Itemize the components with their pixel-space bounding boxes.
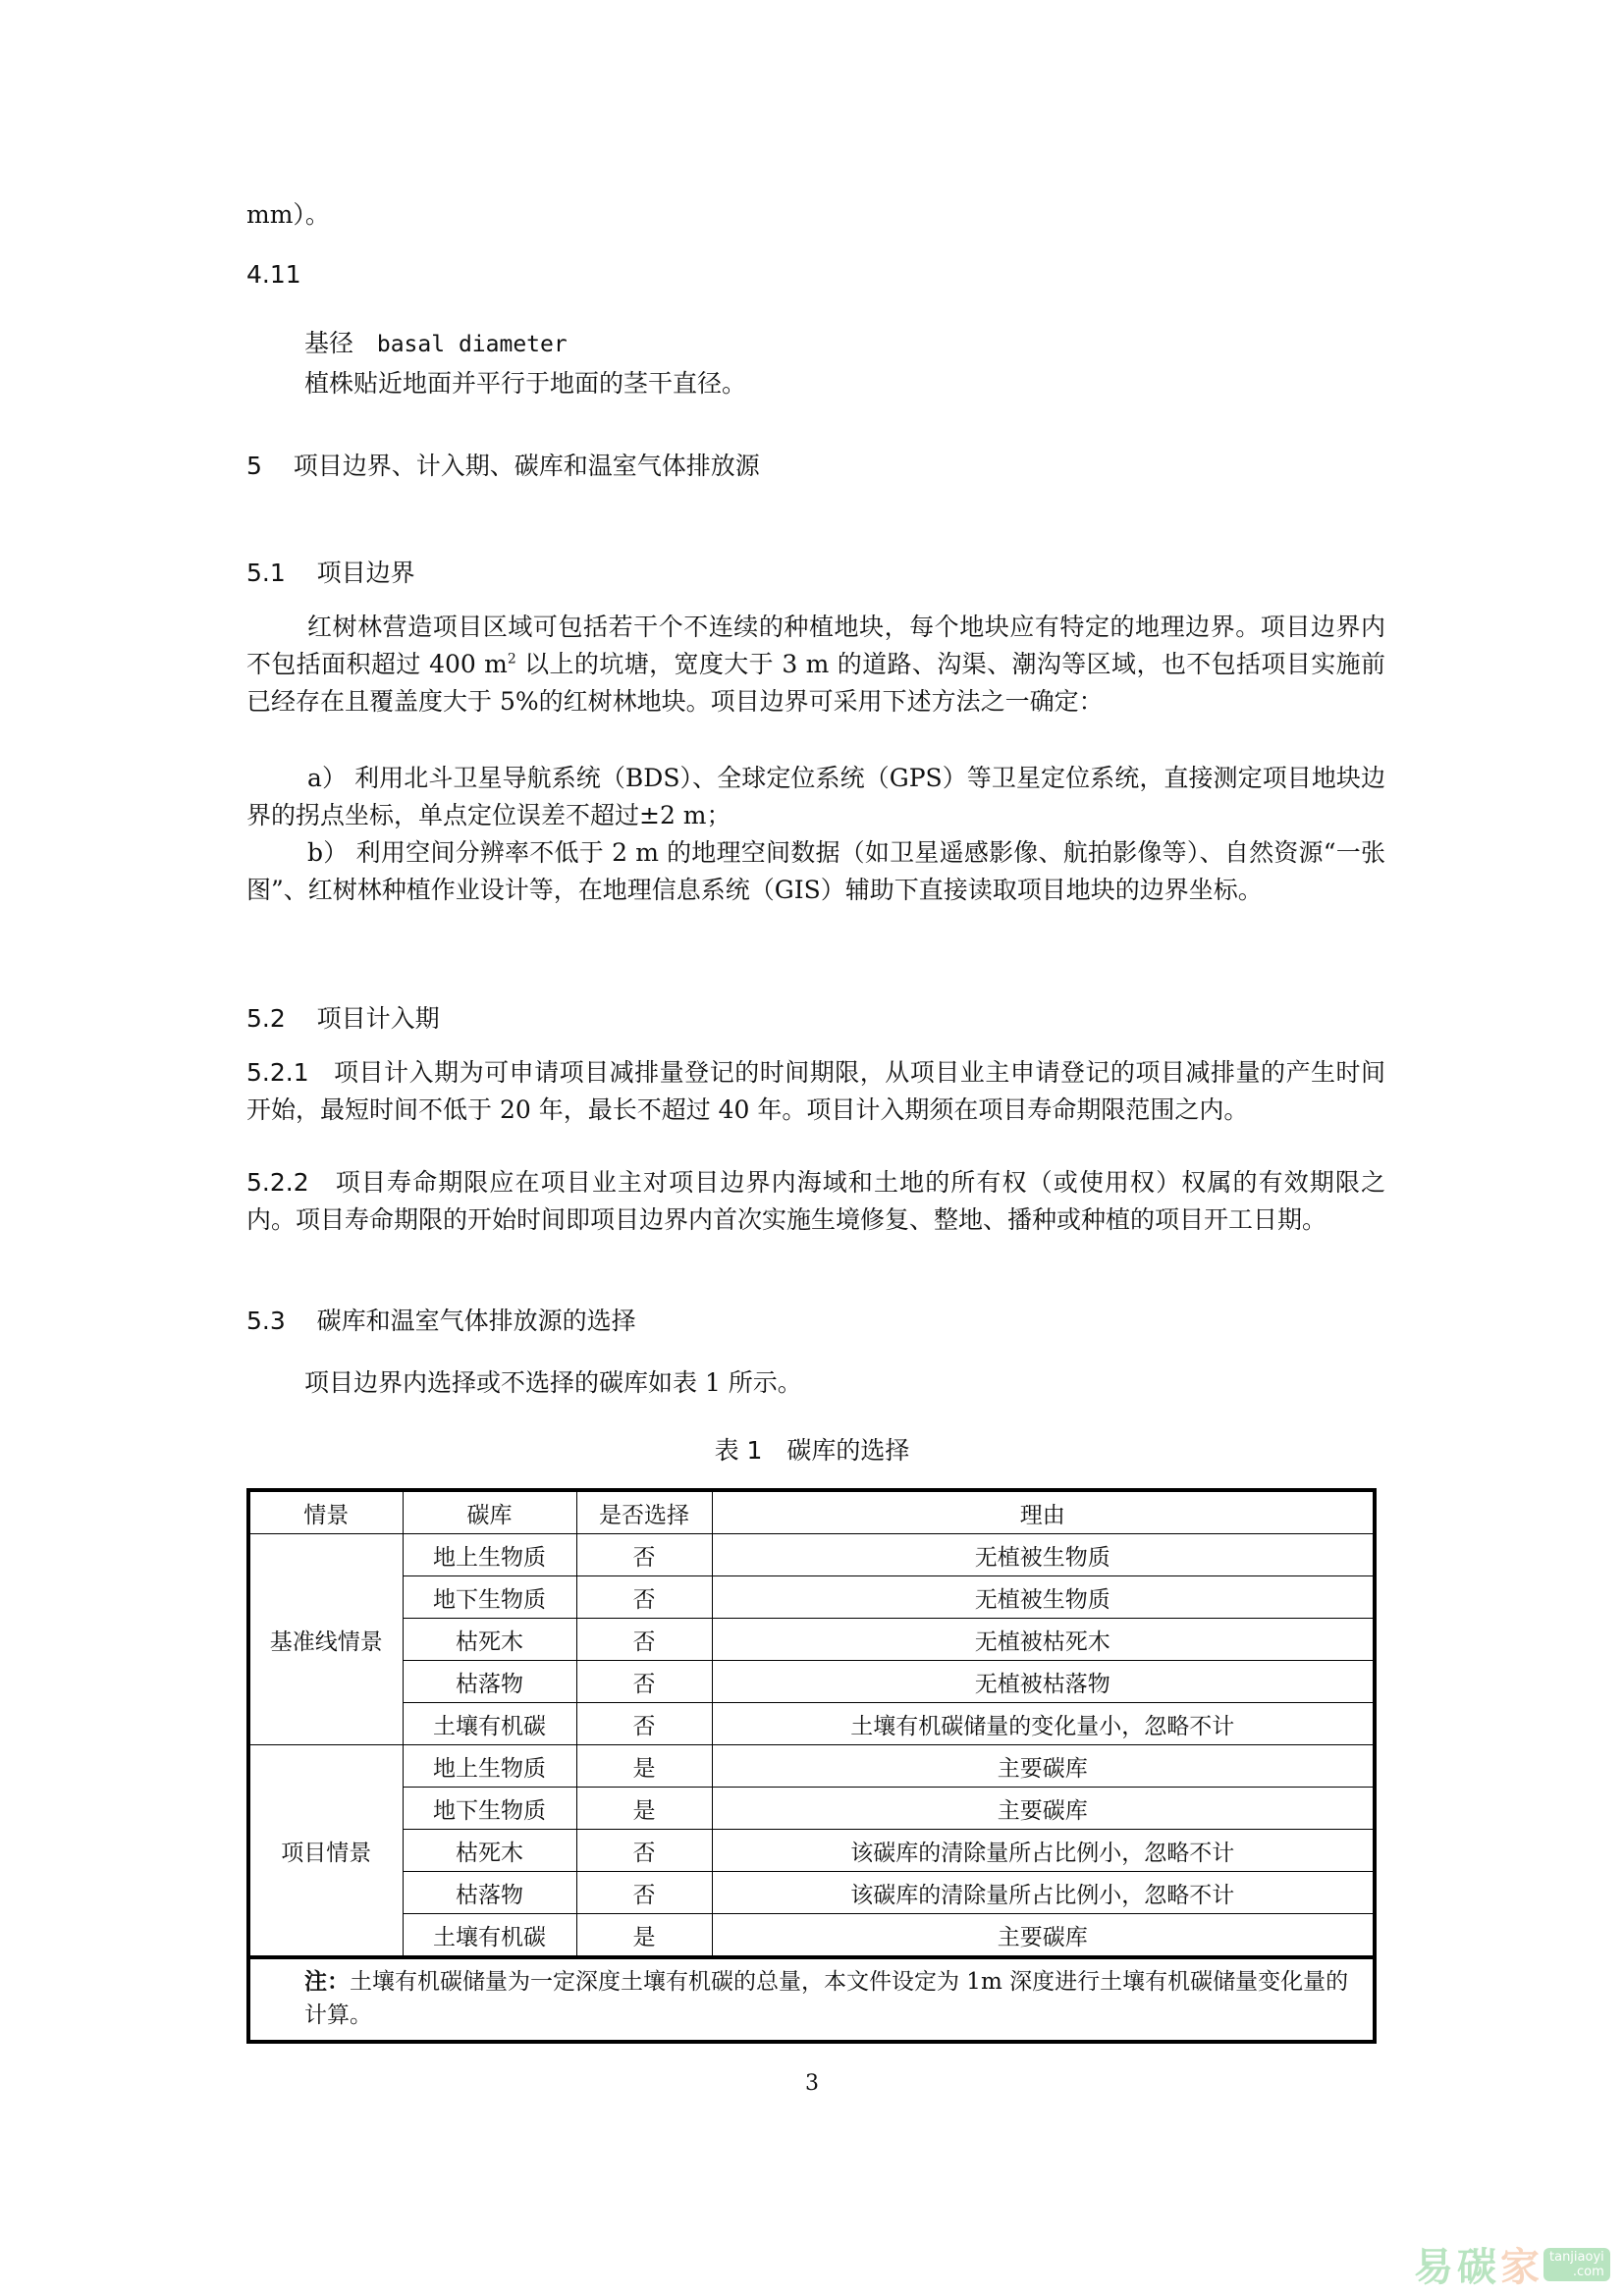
para-part: 红树林营造项目区域可包括若干个不连续的种植地块，每个地块应有特定的地理边界。 bbox=[307, 613, 1261, 641]
watermark-domain-badge: tanjiaoyi .com bbox=[1543, 2248, 1610, 2281]
watermark-tld: .com bbox=[1549, 2265, 1604, 2279]
term-number: 4.11 bbox=[246, 260, 301, 289]
selected-cell: 否 bbox=[576, 1619, 712, 1661]
list-label: a） bbox=[307, 764, 347, 792]
clause-number: 5.2.2 bbox=[246, 1168, 309, 1197]
term-heading: 基径 basal diameter bbox=[304, 324, 568, 359]
reason-cell: 无植被生物质 bbox=[712, 1534, 1375, 1576]
list-item-b: b） 利用空间分辨率不低于 2 m 的地理空间数据（如卫星遥感影像、航拍影像等）… bbox=[246, 834, 1385, 909]
note-text: 土壤有机碳储量为一定深度土壤有机碳的总量，本文件设定为 1m 深度进行土壤有机碳… bbox=[304, 1969, 1348, 2028]
section-5-1-paragraph: 红树林营造项目区域可包括若干个不连续的种植地块，每个地块应有特定的地理边界。项目… bbox=[246, 609, 1385, 721]
term-cn: 基径 bbox=[304, 329, 353, 357]
carbon-pool-table: 情景 碳库 是否选择 理由 基准线情景 地上生物质 否 无植被生物质 地下生物质… bbox=[246, 1488, 1377, 2044]
reason-cell: 主要碳库 bbox=[712, 1745, 1375, 1788]
reason-cell: 无植被枯落物 bbox=[712, 1661, 1375, 1703]
watermark-logo: 易 碳 家 tanjiaoyi .com bbox=[1414, 2236, 1610, 2292]
list-text: 利用空间分辨率不低于 2 m 的地理空间数据（如卫星遥感影像、航拍影像等）、自然… bbox=[246, 838, 1385, 904]
selected-cell: 否 bbox=[576, 1534, 712, 1576]
selected-cell: 否 bbox=[576, 1576, 712, 1619]
selected-cell: 否 bbox=[576, 1661, 712, 1703]
pool-cell: 地上生物质 bbox=[403, 1745, 576, 1788]
header-cell: 理由 bbox=[712, 1490, 1375, 1534]
section-5-3-heading: 5.3 碳库和温室气体排放源的选择 bbox=[246, 1302, 636, 1337]
header-cell: 碳库 bbox=[403, 1490, 576, 1534]
pool-cell: 土壤有机碳 bbox=[403, 1703, 576, 1745]
list-label: b） bbox=[307, 838, 348, 867]
pool-cell: 枯死木 bbox=[403, 1619, 576, 1661]
superscript: 2 bbox=[508, 652, 516, 667]
table-row: 枯落物 否 无植被枯落物 bbox=[248, 1661, 1375, 1703]
table-row: 土壤有机碳 否 土壤有机碳储量的变化量小，忽略不计 bbox=[248, 1703, 1375, 1745]
section-title: 项目计入期 bbox=[317, 1004, 440, 1033]
continued-text-fragment: mm）。 bbox=[246, 196, 330, 233]
reason-cell: 无植被生物质 bbox=[712, 1576, 1375, 1619]
selected-cell: 否 bbox=[576, 1703, 712, 1745]
selected-cell: 是 bbox=[576, 1745, 712, 1788]
watermark-char: 家 bbox=[1500, 2236, 1540, 2292]
term-en: basal diameter bbox=[377, 332, 568, 357]
watermark-char: 易 bbox=[1414, 2236, 1453, 2292]
reason-cell: 土壤有机碳储量的变化量小，忽略不计 bbox=[712, 1703, 1375, 1745]
pool-cell: 枯落物 bbox=[403, 1872, 576, 1914]
table-note: 注：土壤有机碳储量为一定深度土壤有机碳的总量，本文件设定为 1m 深度进行土壤有… bbox=[248, 1957, 1375, 2042]
clause-text: 项目寿命期限应在项目业主对项目边界内海域和土地的所有权（或使用权）权属的有效期限… bbox=[246, 1168, 1385, 1234]
clause-text: 项目计入期为可申请项目减排量登记的时间期限，从项目业主申请登记的项目减排量的产生… bbox=[246, 1058, 1385, 1124]
watermark-domain: tanjiaoyi bbox=[1549, 2250, 1604, 2265]
page-number: 3 bbox=[0, 2071, 1624, 2096]
section-5-heading: 5 项目边界、计入期、碳库和温室气体排放源 bbox=[246, 447, 760, 482]
reason-cell: 该碳库的清除量所占比例小，忽略不计 bbox=[712, 1830, 1375, 1872]
selected-cell: 否 bbox=[576, 1830, 712, 1872]
table-row: 土壤有机碳 是 主要碳库 bbox=[248, 1914, 1375, 1958]
watermark-char: 碳 bbox=[1457, 2236, 1496, 2292]
table-row: 地下生物质 否 无植被生物质 bbox=[248, 1576, 1375, 1619]
pool-cell: 枯死木 bbox=[403, 1830, 576, 1872]
note-label: 注： bbox=[304, 1969, 350, 1995]
reason-cell: 主要碳库 bbox=[712, 1914, 1375, 1958]
selected-cell: 是 bbox=[576, 1788, 712, 1830]
section-number: 5.2 bbox=[246, 1004, 286, 1033]
pool-cell: 地下生物质 bbox=[403, 1788, 576, 1830]
pool-cell: 枯落物 bbox=[403, 1661, 576, 1703]
table-row: 枯落物 否 该碳库的清除量所占比例小，忽略不计 bbox=[248, 1872, 1375, 1914]
section-number: 5.3 bbox=[246, 1307, 286, 1335]
section-title: 碳库和温室气体排放源的选择 bbox=[317, 1307, 636, 1335]
section-5-2-heading: 5.2 项目计入期 bbox=[246, 999, 440, 1035]
section-title: 项目边界、计入期、碳库和温室气体排放源 bbox=[294, 452, 760, 480]
table-row: 项目情景 地上生物质 是 主要碳库 bbox=[248, 1745, 1375, 1788]
pool-cell: 地上生物质 bbox=[403, 1534, 576, 1576]
selected-cell: 否 bbox=[576, 1872, 712, 1914]
scenario-cell: 项目情景 bbox=[248, 1745, 403, 1958]
list-text: 利用北斗卫星导航系统（BDS）、全球定位系统（GPS）等卫星定位系统，直接测定项… bbox=[246, 764, 1385, 829]
header-cell: 情景 bbox=[248, 1490, 403, 1534]
reason-cell: 主要碳库 bbox=[712, 1788, 1375, 1830]
section-number: 5.1 bbox=[246, 559, 286, 587]
list-item-a: a） 利用北斗卫星导航系统（BDS）、全球定位系统（GPS）等卫星定位系统，直接… bbox=[246, 760, 1385, 834]
table-caption: 表 1 碳库的选择 bbox=[0, 1431, 1624, 1467]
section-title: 项目边界 bbox=[317, 559, 415, 587]
pool-cell: 地下生物质 bbox=[403, 1576, 576, 1619]
section-number: 5 bbox=[246, 452, 262, 480]
pool-cell: 土壤有机碳 bbox=[403, 1914, 576, 1958]
table-row: 基准线情景 地上生物质 否 无植被生物质 bbox=[248, 1534, 1375, 1576]
section-5-1-heading: 5.1 项目边界 bbox=[246, 554, 415, 589]
reason-cell: 该碳库的清除量所占比例小，忽略不计 bbox=[712, 1872, 1375, 1914]
clause-5-2-2: 5.2.2 项目寿命期限应在项目业主对项目边界内海域和土地的所有权（或使用权）权… bbox=[246, 1164, 1385, 1239]
selected-cell: 是 bbox=[576, 1914, 712, 1958]
header-cell: 是否选择 bbox=[576, 1490, 712, 1534]
table-row: 枯死木 否 无植被枯死木 bbox=[248, 1619, 1375, 1661]
clause-5-2-1: 5.2.1 项目计入期为可申请项目减排量登记的时间期限，从项目业主申请登记的项目… bbox=[246, 1054, 1385, 1129]
reason-cell: 无植被枯死木 bbox=[712, 1619, 1375, 1661]
section-5-3-paragraph: 项目边界内选择或不选择的碳库如表 1 所示。 bbox=[304, 1364, 802, 1401]
clause-number: 5.2.1 bbox=[246, 1058, 309, 1087]
table-header-row: 情景 碳库 是否选择 理由 bbox=[248, 1490, 1375, 1534]
term-definition: 植株贴近地面并平行于地面的茎干直径。 bbox=[304, 365, 746, 401]
table-row: 枯死木 否 该碳库的清除量所占比例小，忽略不计 bbox=[248, 1830, 1375, 1872]
table-note-row: 注：土壤有机碳储量为一定深度土壤有机碳的总量，本文件设定为 1m 深度进行土壤有… bbox=[248, 1957, 1375, 2042]
table-row: 地下生物质 是 主要碳库 bbox=[248, 1788, 1375, 1830]
scenario-cell: 基准线情景 bbox=[248, 1534, 403, 1745]
